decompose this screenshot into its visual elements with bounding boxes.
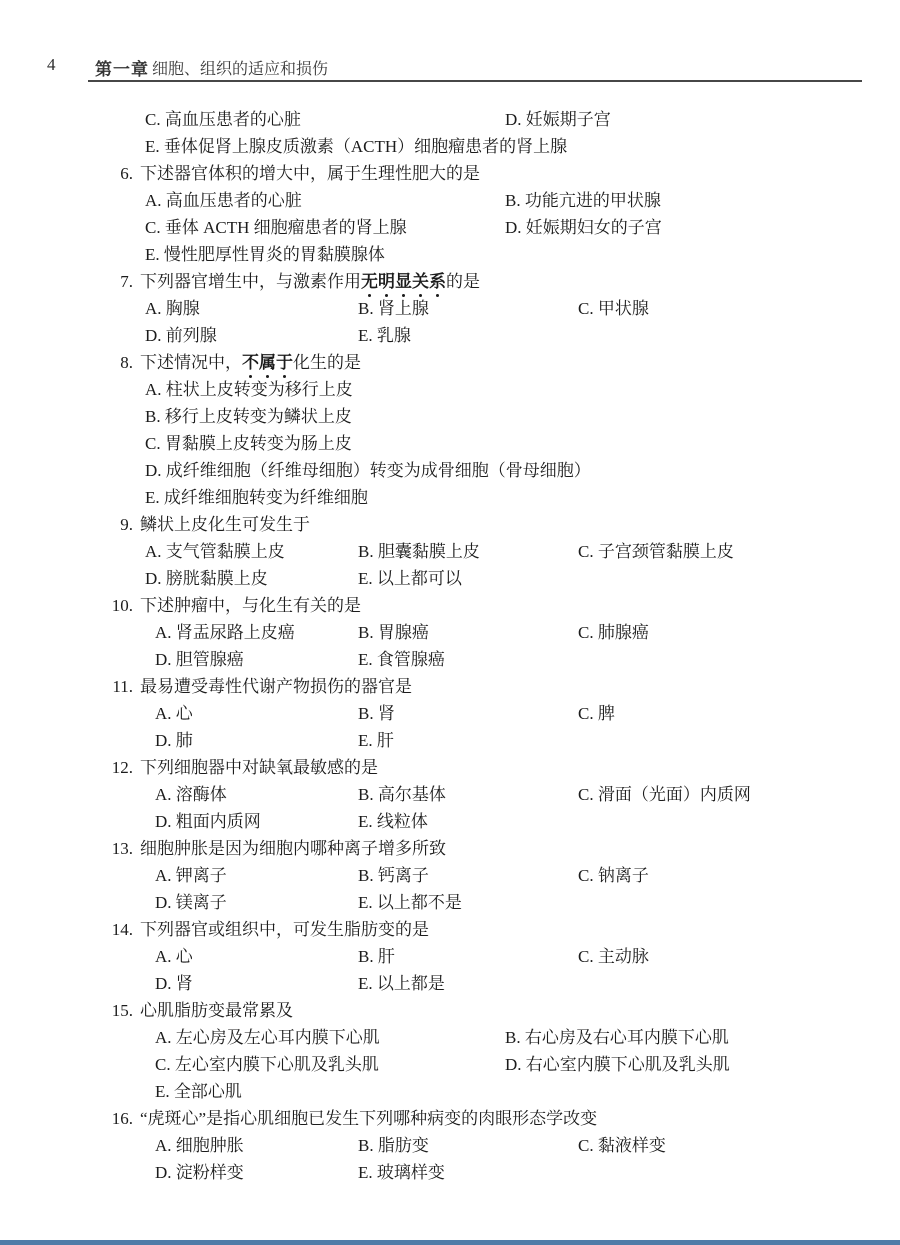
option-row: A. 溶酶体B. 高尔基体C. 滑面（光面）内质网 <box>0 781 900 808</box>
question-number: 14. <box>80 916 133 943</box>
question-stem: 下列器官或组织中，可发生脂肪变的是 <box>140 916 429 943</box>
option-item: D. 右心室内膜下心肌及乳头肌 <box>505 1051 730 1078</box>
option-item: D. 胆管腺癌 <box>155 646 244 673</box>
option-item: C. 左心室内膜下心肌及乳头肌 <box>155 1051 379 1078</box>
option-item: B. 肾 <box>358 700 395 727</box>
option-item: E. 食管腺癌 <box>358 646 445 673</box>
option-item: C. 垂体 ACTH 细胞瘤患者的肾上腺 <box>145 214 407 241</box>
question-stem-row: 13.细胞肿胀是因为细胞内哪种离子增多所致 <box>0 835 900 862</box>
option-item: A. 肾盂尿路上皮癌 <box>155 619 295 646</box>
option-row: E. 慢性肥厚性胃炎的胃黏膜腺体 <box>0 241 900 268</box>
option-item: A. 心 <box>155 700 193 727</box>
option-item: E. 以上都是 <box>358 970 445 997</box>
option-item: B. 胃腺癌 <box>358 619 429 646</box>
question-stem: 最易遭受毒性代谢产物损伤的器官是 <box>140 673 412 700</box>
question-stem-row: 8.下述情况中，不属于化生的是 <box>0 349 900 376</box>
option-item: D. 膀胱黏膜上皮 <box>145 565 268 592</box>
option-item: E. 玻璃样变 <box>358 1159 445 1186</box>
option-item: E. 垂体促肾上腺皮质激素（ACTH）细胞瘤患者的肾上腺 <box>145 133 567 160</box>
option-row: A. 心B. 肝C. 主动脉 <box>0 943 900 970</box>
page-number: 4 <box>47 55 56 75</box>
option-item: A. 溶酶体 <box>155 781 227 808</box>
option-row: A. 胸腺B. 肾上腺C. 甲状腺 <box>0 295 900 322</box>
option-item: C. 肺腺癌 <box>578 619 649 646</box>
option-row: A. 细胞肿胀B. 脂肪变C. 黏液样变 <box>0 1132 900 1159</box>
option-item: B. 移行上皮转变为鳞状上皮 <box>145 403 352 430</box>
question-number: 10. <box>80 592 133 619</box>
option-row: D. 胆管腺癌E. 食管腺癌 <box>0 646 900 673</box>
option-item: E. 线粒体 <box>358 808 428 835</box>
option-item: D. 妊娠期子宫 <box>505 106 611 133</box>
option-item: D. 镁离子 <box>155 889 227 916</box>
option-row: C. 胃黏膜上皮转变为肠上皮 <box>0 430 900 457</box>
question-stem: 细胞肿胀是因为细胞内哪种离子增多所致 <box>140 835 446 862</box>
option-item: D. 淀粉样变 <box>155 1159 244 1186</box>
question-number: 16. <box>80 1105 133 1132</box>
question-stem-row: 15.心肌脂肪变最常累及 <box>0 997 900 1024</box>
option-row: A. 肾盂尿路上皮癌B. 胃腺癌C. 肺腺癌 <box>0 619 900 646</box>
question-stem: 心肌脂肪变最常累及 <box>140 997 293 1024</box>
question-number: 15. <box>80 997 133 1024</box>
option-item: B. 功能亢进的甲状腺 <box>505 187 661 214</box>
option-item: B. 高尔基体 <box>358 781 446 808</box>
option-row: D. 粗面内质网E. 线粒体 <box>0 808 900 835</box>
option-item: B. 肾上腺 <box>358 295 429 322</box>
option-item: C. 滑面（光面）内质网 <box>578 781 751 808</box>
option-item: D. 肾 <box>155 970 193 997</box>
option-item: A. 左心房及左心耳内膜下心肌 <box>155 1024 380 1051</box>
option-item: C. 高血压患者的心脏 <box>145 106 301 133</box>
option-row: D. 镁离子E. 以上都不是 <box>0 889 900 916</box>
question-stem: 下列细胞器中对缺氧最敏感的是 <box>140 754 378 781</box>
option-item: C. 胃黏膜上皮转变为肠上皮 <box>145 430 352 457</box>
option-row: A. 左心房及左心耳内膜下心肌B. 右心房及右心耳内膜下心肌 <box>0 1024 900 1051</box>
option-item: D. 肺 <box>155 727 193 754</box>
question-stem: 下述肿瘤中，与化生有关的是 <box>140 592 361 619</box>
option-item: C. 钠离子 <box>578 862 649 889</box>
option-item: E. 以上都不是 <box>358 889 462 916</box>
option-row: C. 高血压患者的心脏D. 妊娠期子宫 <box>0 106 900 133</box>
question-number: 7. <box>80 268 133 295</box>
question-stem: 鳞状上皮化生可发生于 <box>140 511 310 538</box>
question-stem: 下述情况中，不属于化生的是 <box>140 349 361 376</box>
option-item: B. 右心房及右心耳内膜下心肌 <box>505 1024 729 1051</box>
question-stem-row: 7.下列器官增生中，与激素作用无明显关系的是 <box>0 268 900 295</box>
question-number: 13. <box>80 835 133 862</box>
option-item: A. 柱状上皮转变为移行上皮 <box>145 376 353 403</box>
question-number: 9. <box>80 511 133 538</box>
question-number: 6. <box>80 160 133 187</box>
question-number: 11. <box>80 673 133 700</box>
option-row: B. 移行上皮转变为鳞状上皮 <box>0 403 900 430</box>
option-row: E. 垂体促肾上腺皮质激素（ACTH）细胞瘤患者的肾上腺 <box>0 133 900 160</box>
option-item: A. 钾离子 <box>155 862 227 889</box>
question-number: 12. <box>80 754 133 781</box>
option-row: A. 支气管黏膜上皮B. 胆囊黏膜上皮C. 子宫颈管黏膜上皮 <box>0 538 900 565</box>
option-item: A. 细胞肿胀 <box>155 1132 244 1159</box>
option-item: B. 胆囊黏膜上皮 <box>358 538 480 565</box>
option-row: A. 钾离子B. 钙离子C. 钠离子 <box>0 862 900 889</box>
option-row: A. 心B. 肾C. 脾 <box>0 700 900 727</box>
question-number: 8. <box>80 349 133 376</box>
question-stem-row: 6.下述器官体积的增大中，属于生理性肥大的是 <box>0 160 900 187</box>
question-stem-row: 10.下述肿瘤中，与化生有关的是 <box>0 592 900 619</box>
option-row: E. 成纤维细胞转变为纤维细胞 <box>0 484 900 511</box>
chapter-title: 细胞、组织的适应和损伤 <box>152 56 328 79</box>
option-row: D. 淀粉样变E. 玻璃样变 <box>0 1159 900 1186</box>
question-stem-row: 14.下列器官或组织中，可发生脂肪变的是 <box>0 916 900 943</box>
option-item: D. 妊娠期妇女的子宫 <box>505 214 662 241</box>
emphasized-text: 不属于 <box>242 353 293 372</box>
option-row: D. 肺E. 肝 <box>0 727 900 754</box>
option-item: C. 脾 <box>578 700 615 727</box>
option-row: A. 高血压患者的心脏B. 功能亢进的甲状腺 <box>0 187 900 214</box>
chapter-label: 第一章 <box>95 55 149 80</box>
option-item: C. 主动脉 <box>578 943 649 970</box>
option-item: E. 慢性肥厚性胃炎的胃黏膜腺体 <box>145 241 385 268</box>
option-item: B. 脂肪变 <box>358 1132 429 1159</box>
question-stem: 下列器官增生中，与激素作用无明显关系的是 <box>140 268 480 295</box>
option-item: A. 支气管黏膜上皮 <box>145 538 285 565</box>
option-item: D. 粗面内质网 <box>155 808 261 835</box>
question-stem-row: 11.最易遭受毒性代谢产物损伤的器官是 <box>0 673 900 700</box>
option-item: B. 肝 <box>358 943 395 970</box>
question-stem: “虎斑心”是指心肌细胞已发生下列哪种病变的肉眼形态学改变 <box>140 1105 597 1132</box>
option-item: E. 以上都可以 <box>358 565 462 592</box>
emphasized-text: 无明显关系 <box>361 272 446 291</box>
option-row: D. 膀胱黏膜上皮E. 以上都可以 <box>0 565 900 592</box>
question-stem-row: 12.下列细胞器中对缺氧最敏感的是 <box>0 754 900 781</box>
textbook-page: 4 第一章 细胞、组织的适应和损伤 C. 高血压患者的心脏D. 妊娠期子宫E. … <box>0 0 900 1245</box>
question-list: C. 高血压患者的心脏D. 妊娠期子宫E. 垂体促肾上腺皮质激素（ACTH）细胞… <box>0 106 900 1186</box>
question-stem-row: 16.“虎斑心”是指心肌细胞已发生下列哪种病变的肉眼形态学改变 <box>0 1105 900 1132</box>
option-item: A. 心 <box>155 943 193 970</box>
option-item: E. 肝 <box>358 727 394 754</box>
option-row: D. 成纤维细胞（纤维母细胞）转变为成骨细胞（骨母细胞） <box>0 457 900 484</box>
option-item: C. 子宫颈管黏膜上皮 <box>578 538 734 565</box>
option-item: A. 胸腺 <box>145 295 200 322</box>
question-stem: 下述器官体积的增大中，属于生理性肥大的是 <box>140 160 480 187</box>
option-row: A. 柱状上皮转变为移行上皮 <box>0 376 900 403</box>
question-stem-row: 9.鳞状上皮化生可发生于 <box>0 511 900 538</box>
option-item: D. 前列腺 <box>145 322 217 349</box>
option-row: C. 左心室内膜下心肌及乳头肌D. 右心室内膜下心肌及乳头肌 <box>0 1051 900 1078</box>
header-rule <box>88 80 862 82</box>
option-item: A. 高血压患者的心脏 <box>145 187 302 214</box>
option-row: D. 肾E. 以上都是 <box>0 970 900 997</box>
footer-accent-bar <box>0 1240 900 1245</box>
option-item: D. 成纤维细胞（纤维母细胞）转变为成骨细胞（骨母细胞） <box>145 457 591 484</box>
option-item: E. 成纤维细胞转变为纤维细胞 <box>145 484 368 511</box>
option-item: C. 黏液样变 <box>578 1132 666 1159</box>
option-item: E. 乳腺 <box>358 322 411 349</box>
option-item: E. 全部心肌 <box>155 1078 242 1105</box>
option-item: B. 钙离子 <box>358 862 429 889</box>
option-row: C. 垂体 ACTH 细胞瘤患者的肾上腺D. 妊娠期妇女的子宫 <box>0 214 900 241</box>
option-item: C. 甲状腺 <box>578 295 649 322</box>
option-row: E. 全部心肌 <box>0 1078 900 1105</box>
option-row: D. 前列腺E. 乳腺 <box>0 322 900 349</box>
